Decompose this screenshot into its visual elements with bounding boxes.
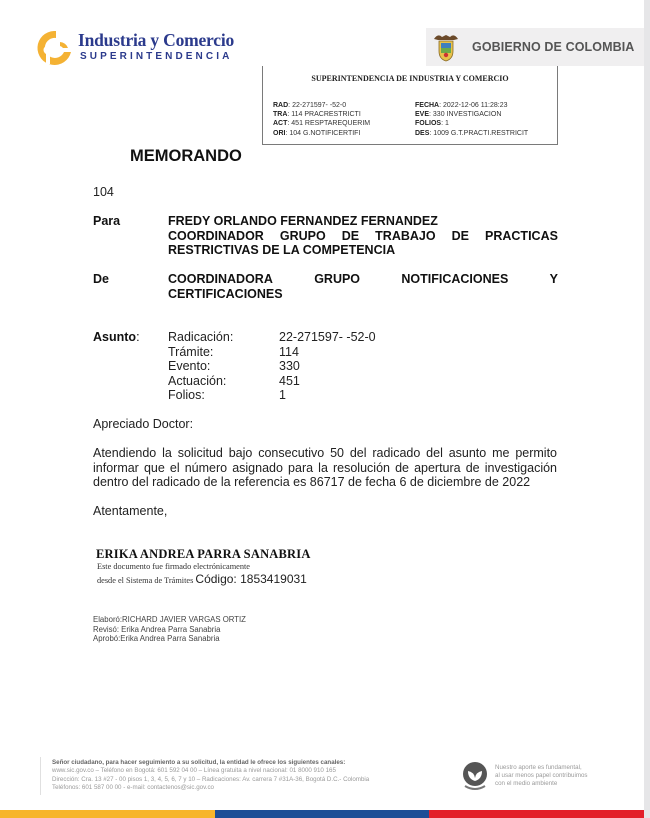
- sic-logo-icon: [34, 28, 74, 68]
- colombia-shield-icon: [430, 31, 462, 63]
- recipient-role-line-2: RESTRICTIVAS DE LA COMPETENCIA: [168, 243, 558, 258]
- para-recipient: FREDY ORLANDO FERNANDEZ FERNANDEZ COORDI…: [168, 214, 558, 258]
- body-line: Atendiendo la solicitud bajo consecutivo…: [93, 446, 557, 461]
- asunto-label: Asunto:: [93, 330, 140, 344]
- signature-note-code: desde el Sistema de Trámites Código: 185…: [97, 572, 307, 586]
- footer-line: Dirección: Cra. 13 #27 - 00 pisos 1, 3, …: [52, 776, 369, 784]
- flag-yellow: [0, 810, 215, 818]
- footer-contact: Señor ciudadano, para hacer seguimiento …: [52, 759, 369, 792]
- radicado-stamp: SUPERINTENDENCIA DE INDUSTRIA Y COMERCIO…: [262, 66, 558, 145]
- credit-line: Revisó: Erika Andrea Parra Sanabria: [93, 625, 246, 635]
- sender-line-1: COORDINADORAGRUPONOTIFICACIONESY: [168, 272, 558, 287]
- de-label: De: [93, 272, 109, 286]
- radicado-left-column: RAD: 22-271597- -52-0 TRA: 114 PRACRESTR…: [273, 101, 370, 138]
- radicado-field: ORI: 104 G.NOTIFICERTIFI: [273, 129, 370, 138]
- credit-line: Elaboró:RICHARD JAVIER VARGAS ORTIZ: [93, 615, 246, 625]
- memo-number: 104: [93, 185, 114, 199]
- asunto-row: Folios:1: [168, 388, 376, 403]
- radicado-field: RAD: 22-271597- -52-0: [273, 101, 370, 110]
- body-line: dentro del radicado de la referencia es …: [93, 475, 557, 490]
- radicado-right-column: FECHA: 2022-12-06 11:28:23 EVE: 330 INVE…: [415, 101, 528, 138]
- footer-divider: [40, 757, 41, 795]
- flag-blue: [215, 810, 430, 818]
- recipient-role-line-1: COORDINADORGRUPODETRABAJODEPRACTICAS: [168, 229, 558, 244]
- footer-heading: Señor ciudadano, para hacer seguimiento …: [52, 759, 345, 766]
- radicado-field: FOLIOS: 1: [415, 119, 528, 128]
- eco-leaf-icon: [461, 761, 489, 791]
- signature-note: Este documento fue firmado electrónicame…: [97, 562, 250, 571]
- footer-line: Teléfonos: 601 587 00 00 - e-mail: conta…: [52, 784, 369, 792]
- sic-title: Industria y Comercio: [78, 30, 234, 51]
- radicado-title: SUPERINTENDENCIA DE INDUSTRIA Y COMERCIO: [263, 74, 557, 83]
- radicado-field: TRA: 114 PRACRESTRICTI: [273, 110, 370, 119]
- de-sender: COORDINADORAGRUPONOTIFICACIONESY CERTIFI…: [168, 272, 558, 301]
- credits: Elaboró:RICHARD JAVIER VARGAS ORTIZ Revi…: [93, 615, 246, 644]
- radicado-field: DES: 1009 G.T.PRACTI.RESTRICIT: [415, 129, 528, 138]
- radicado-field: FECHA: 2022-12-06 11:28:23: [415, 101, 528, 110]
- body-line: informar que el número asignado para la …: [93, 461, 557, 476]
- memo-title: MEMORANDO: [130, 147, 242, 166]
- para-label: Para: [93, 214, 120, 228]
- signer-name: ERIKA ANDREA PARRA SANABRIA: [96, 547, 311, 562]
- greeting: Apreciado Doctor:: [93, 417, 193, 432]
- gobierno-label: GOBIERNO DE COLOMBIA: [472, 40, 634, 54]
- radicado-field: EVE: 330 INVESTIGACION: [415, 110, 528, 119]
- gobierno-banner: GOBIERNO DE COLOMBIA: [426, 28, 644, 66]
- sic-logo: Industria y Comercio SUPERINTENDENCIA: [34, 26, 234, 72]
- closing: Atentamente,: [93, 504, 167, 519]
- recipient-name: FREDY ORLANDO FERNANDEZ FERNANDEZ: [168, 214, 558, 229]
- sender-line-2: CERTIFICACIONES: [168, 287, 558, 302]
- colombia-flag-bar: [0, 810, 644, 818]
- asunto-table: Radicación:22-271597- -52-0 Trámite:114 …: [168, 330, 376, 403]
- asunto-row: Radicación:22-271597- -52-0: [168, 330, 376, 345]
- body-paragraph: Atendiendo la solicitud bajo consecutivo…: [93, 446, 557, 490]
- flag-red: [429, 810, 644, 818]
- sic-subtitle: SUPERINTENDENCIA: [80, 51, 232, 62]
- radicado-field: ACT: 451 RESPTAREQUERIM: [273, 119, 370, 128]
- asunto-row: Trámite:114: [168, 345, 376, 360]
- page-edge: [644, 0, 650, 818]
- asunto-row: Evento:330: [168, 359, 376, 374]
- footer-line: www.sic.gov.co – Teléfono en Bogotá: 601…: [52, 767, 369, 775]
- credit-line: Aprobó:Erika Andrea Parra Sanabria: [93, 634, 246, 644]
- signature-code: Código: 1853419031: [195, 572, 306, 586]
- asunto-row: Actuación:451: [168, 374, 376, 389]
- eco-message: Nuestro aporte es fundamental, al usar m…: [495, 764, 588, 788]
